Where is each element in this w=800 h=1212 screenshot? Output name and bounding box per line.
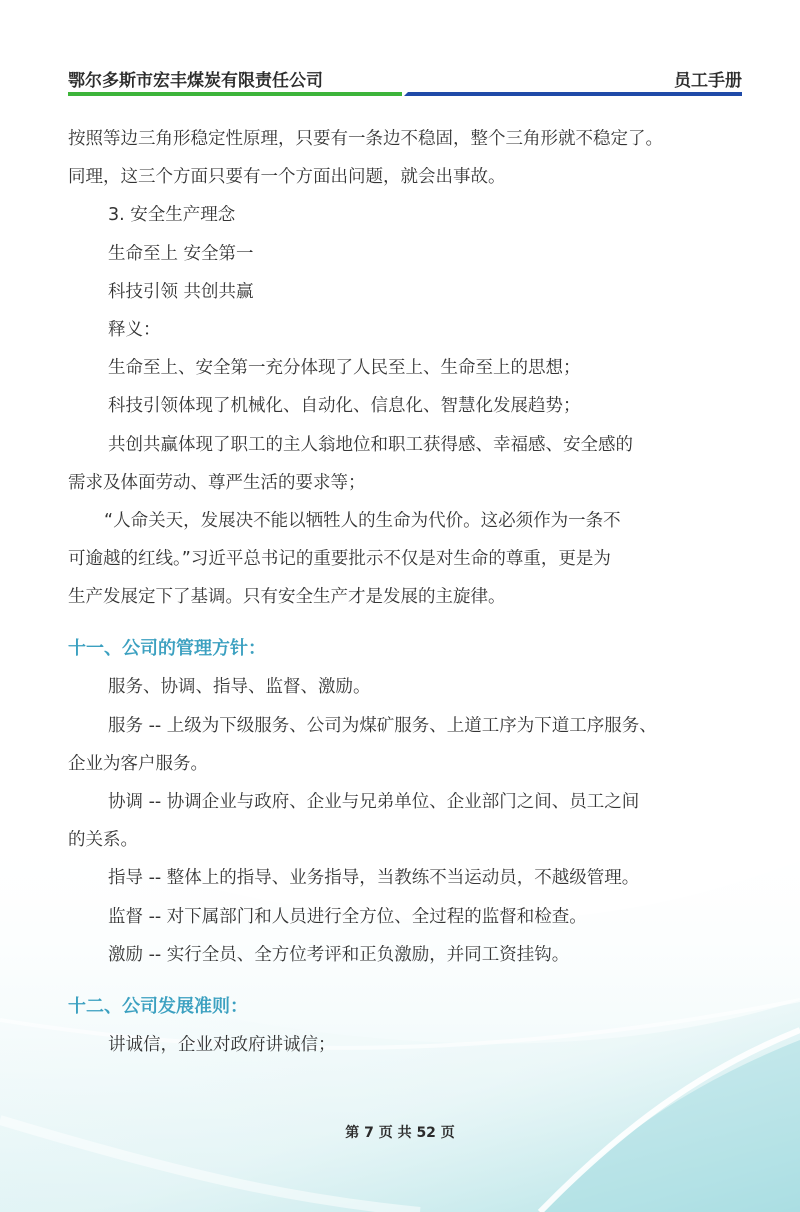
explanation-line: 需求及体面劳动、尊严生活的要求等； xyxy=(68,464,748,502)
document-title: 员工手册 xyxy=(674,66,742,91)
paragraph-line: 同理，这三个方面只要有一个方面出问题，就会出事故。 xyxy=(68,158,748,196)
page-content: 按照等边三角形稳定性原理，只要有一条边不稳固，整个三角形就不稳定了。 同理，这三… xyxy=(68,120,748,1064)
quote-line: “人命关天，发展决不能以牺牲人的生命为代价。这必须作为一条不 xyxy=(68,502,748,540)
header-rule-green xyxy=(68,92,402,96)
slogan-line: 生命至上 安全第一 xyxy=(68,235,748,273)
page-header: 鄂尔多斯市宏丰煤炭有限责任公司 员工手册 xyxy=(68,62,742,102)
policy-summary: 服务、协调、指导、监督、激励。 xyxy=(68,668,748,706)
section-heading-11: 十一、公司的管理方针： xyxy=(68,630,748,668)
slogan-line: 科技引领 共创共赢 xyxy=(68,273,748,311)
page-number: 第 7 页 共 52 页 xyxy=(0,1122,800,1142)
company-name: 鄂尔多斯市宏丰煤炭有限责任公司 xyxy=(68,66,323,91)
quote-line: 生产发展定下了基调。只有安全生产才是发展的主旋律。 xyxy=(68,578,748,616)
section-heading-12: 十二、公司发展准则： xyxy=(68,988,748,1026)
policy-item-service: 服务 -- 上级为下级服务、公司为煤矿服务、上道工序为下道工序服务、 xyxy=(68,707,748,745)
policy-item-supervise: 监督 -- 对下属部门和人员进行全方位、全过程的监督和检查。 xyxy=(68,898,748,936)
header-rule-blue xyxy=(404,92,742,96)
quote-line: 可逾越的红线。”习近平总书记的重要批示不仅是对生命的尊重，更是为 xyxy=(68,540,748,578)
explanation-label: 释义： xyxy=(68,311,748,349)
explanation-line: 科技引领体现了机械化、自动化、信息化、智慧化发展趋势； xyxy=(68,387,748,425)
explanation-line: 共创共赢体现了职工的主人翁地位和职工获得感、幸福感、安全感的 xyxy=(68,426,748,464)
document-page: 鄂尔多斯市宏丰煤炭有限责任公司 员工手册 按照等边三角形稳定性原理，只要有一条边… xyxy=(0,0,800,1212)
explanation-line: 生命至上、安全第一充分体现了人民至上、生命至上的思想； xyxy=(68,349,748,387)
principle-item: 讲诚信，企业对政府讲诚信； xyxy=(68,1026,748,1064)
policy-item-coordinate: 协调 -- 协调企业与政府、企业与兄弟单位、企业部门之间、员工之间 xyxy=(68,783,748,821)
policy-item-motivate: 激励 -- 实行全员、全方位考评和正负激励，并同工资挂钩。 xyxy=(68,936,748,974)
policy-item-coordinate-cont: 的关系。 xyxy=(68,821,748,859)
policy-item-service-cont: 企业为客户服务。 xyxy=(68,745,748,783)
paragraph-line: 按照等边三角形稳定性原理，只要有一条边不稳固，整个三角形就不稳定了。 xyxy=(68,120,748,158)
policy-item-guide: 指导 -- 整体上的指导、业务指导，当教练不当运动员，不越级管理。 xyxy=(68,859,748,897)
subsection-title: 3. 安全生产理念 xyxy=(68,196,748,234)
